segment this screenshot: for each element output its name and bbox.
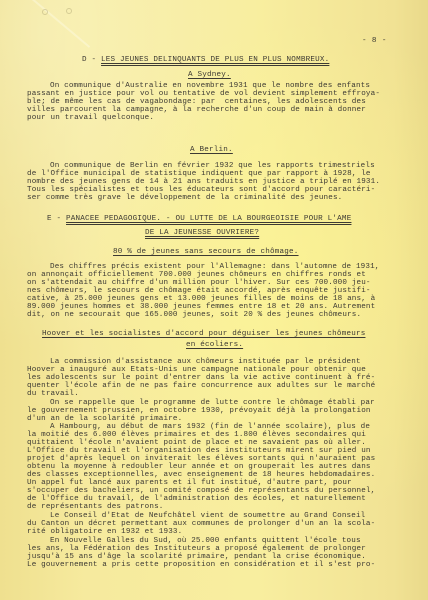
text-line: de l'Office du travail, de l'administrat… (27, 495, 366, 503)
paper-hole-mark (66, 8, 72, 14)
text-line: les ans, la Fédération des Instituteurs … (27, 545, 366, 553)
section-e-title-line2: DE LA JEUNESSE OUVRIERE? (145, 229, 259, 237)
subheading-sydney: A Sydney. (188, 71, 231, 79)
subheading-hoover-line2: en écoliers. (186, 341, 243, 349)
subheading-berlin: A Berlin. (190, 146, 233, 154)
text-line: ble; de même les cas de vagabondage: par… (27, 98, 366, 106)
text-line: Hoover a inauguré aux Etats-Unis une cam… (27, 366, 366, 374)
text-line: le gouvernement prussien, en octobre 193… (27, 407, 371, 415)
text-line: quenter l'école afin de ne pas faire con… (27, 382, 375, 390)
text-line: On communique de Berlin en février 1932 … (50, 162, 375, 170)
text-line: du Canton un décret permettant aux commu… (27, 520, 375, 528)
text-line: rité obligatoire en 1932 et 1933. (27, 528, 182, 536)
text-line: les adolescents sur le point d'entrer da… (27, 374, 375, 382)
text-line: cative, à 25.000 jeunes gens et 13.000 j… (27, 295, 375, 303)
text-line: jusqu'à 15 ans d'âge la scolarité primai… (27, 553, 366, 561)
page-number: - 8 - (362, 37, 387, 45)
text-line: quittaient l'école n'avaient point de pl… (27, 439, 366, 447)
text-line: nombre des jeunes gens de 14 à 21 ans tr… (27, 178, 380, 186)
text-line: Tous les spécialistes et tous les éducat… (27, 186, 375, 194)
section-d-prefix: D - (82, 56, 101, 64)
text-line: s'occuper des bacheliers, un comité comp… (27, 487, 375, 495)
text-line: d'un an de la scolarité primaire. (27, 415, 182, 423)
text-line: villes parcourent la campagne, à la rech… (27, 106, 366, 114)
text-line: En Nouvelle Galles du Sud, où 25.000 enf… (50, 537, 361, 545)
text-line: Le gouvernement a pris cette proposition… (27, 561, 375, 569)
text-line: Un appel fut lancé aux parents et il fut… (27, 479, 352, 487)
text-line: on annonçait officiellement 700.000 jeun… (27, 271, 366, 279)
text-line: dit, on ne secourait que 165.000 jeunes,… (27, 311, 361, 319)
section-e-prefix: E - (47, 215, 66, 223)
text-line: obtenu la moyenne à redoubler leur année… (27, 463, 371, 471)
text-line: pour un travail quelconque. (27, 114, 154, 122)
text-line: projet d'après lequel on inviterait les … (27, 455, 375, 463)
text-line: de représentants des patrons. (27, 503, 164, 511)
section-d-heading: D - LES JEUNES DELINQUANTS DE PLUS EN PL… (82, 56, 329, 64)
text-line: 89.000 jeunes hommes et 38.000 jeunes fe… (27, 303, 375, 311)
text-line: La commission d'assistance aux chômeurs … (50, 358, 361, 366)
text-line: nes chômeurs, le secours de chômage étai… (27, 287, 371, 295)
text-line: des classes exceptionnelles, avec enseig… (27, 471, 375, 479)
text-line: L'Office du travail et l'organisation de… (27, 447, 371, 455)
text-line: du travail. (27, 390, 79, 398)
text-line: ser comme très grave le développement de… (27, 194, 342, 202)
paper-hole-mark (42, 9, 48, 15)
subheading-hoover: Hoover et les socialistes d'accord pour … (42, 330, 365, 338)
section-e-heading: E - PANACEE PEDAGOGIQUE. - OU LUTTE DE L… (47, 215, 351, 223)
section-d-title: LES JEUNES DELINQUANTS DE PLUS EN PLUS N… (101, 56, 329, 64)
section-e-title-line1: PANACEE PEDAGOGIQUE. - OU LUTTE DE LA BO… (66, 215, 351, 223)
text-line: Des chiffres précis existent pour l'Alle… (50, 263, 380, 271)
document-page: - 8 - D - LES JEUNES DELINQUANTS DE PLUS… (0, 0, 428, 600)
text-line: On se rappelle que le programme de lutte… (50, 399, 375, 407)
text-line: de l'Office municipal de statistique ind… (27, 170, 371, 178)
text-line: A Hambourg, au début de mars 1932 (fin d… (50, 423, 370, 431)
text-line: On communique d'Australie en novembre 19… (50, 82, 370, 90)
text-line: la moitié des 6.000 élèves primaires et … (27, 431, 366, 439)
subheading-unemployment-relief: 80 % de jeunes sans secours de chômage. (113, 248, 299, 256)
text-line: passant en justice pour vol ou tentative… (27, 90, 380, 98)
paper-fold-mark (20, 0, 90, 48)
text-line: Le Conseil d'Etat de Neufchâtel vient de… (50, 512, 365, 520)
text-line: on s'attendait au chiffre d'un million p… (27, 279, 371, 287)
